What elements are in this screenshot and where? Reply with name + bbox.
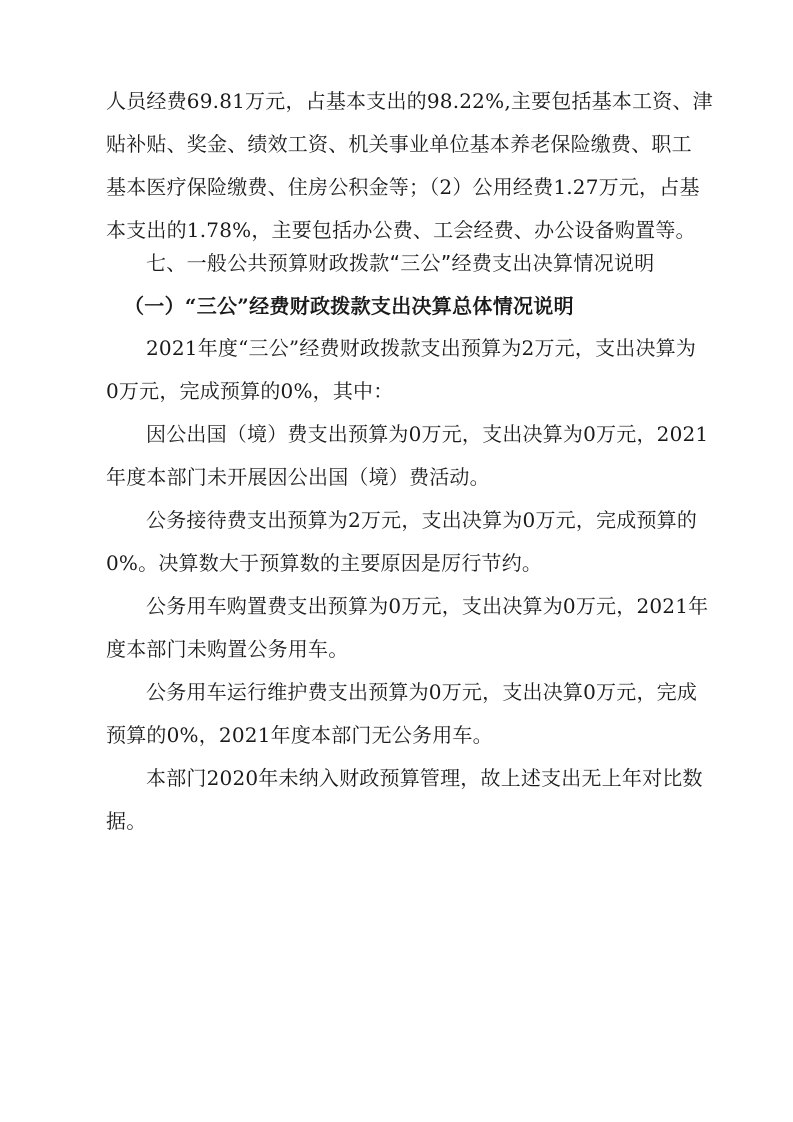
paragraph-line: 因公出国（境）费支出预算为0万元，支出决算为0万元，2021 <box>146 421 708 447</box>
paragraph-line: 2021年度“三公”经费财政拨款支出预算为2万元，支出决算为 <box>146 335 696 361</box>
paragraph-line: 贴补贴、奖金、绩效工资、机关事业单位基本养老保险缴费、职工 <box>106 131 692 157</box>
paragraph-line: 人员经费69.81万元，占基本支出的98.22%,主要包括基本工资、津 <box>106 88 713 114</box>
paragraph-line: 0%。决算数大于预算数的主要原因是厉行节约。 <box>106 550 542 576</box>
paragraph-line: 本支出的1.78%，主要包括办公费、工会经费、办公设备购置等。 <box>106 217 696 243</box>
paragraph-line: 度本部门未购置公务用车。 <box>106 636 348 662</box>
paragraph-line: 公务用车运行维护费支出预算为0万元，支出决算0万元，完成 <box>146 679 697 705</box>
paragraph-line: 据。 <box>106 808 146 834</box>
paragraph-line: 公务用车购置费支出预算为0万元，支出决算为0万元，2021年 <box>146 593 708 619</box>
section-heading: 七、一般公共预算财政拨款“三公”经费支出决算情况说明 <box>146 250 655 276</box>
paragraph-line: 公务接待费支出预算为2万元，支出决算为0万元，完成预算的 <box>146 507 697 533</box>
paragraph-line: 基本医疗保险缴费、住房公积金等；（2）公用经费1.27万元，占基 <box>106 174 700 200</box>
paragraph-line: 0万元，完成预算的0%，其中： <box>106 378 393 404</box>
paragraph-line: 本部门2020年未纳入财政预算管理，故上述支出无上年对比数 <box>146 765 703 791</box>
paragraph-line: 年度本部门未开展因公出国（境）费活动。 <box>106 464 490 490</box>
document-page: 人员经费69.81万元，占基本支出的98.22%,主要包括基本工资、津 贴补贴、… <box>0 0 793 1122</box>
paragraph-line: 预算的0%，2021年度本部门无公务用车。 <box>106 722 493 748</box>
subsection-heading: （一）“三公”经费财政拨款支出决算总体情况说明 <box>124 293 574 319</box>
